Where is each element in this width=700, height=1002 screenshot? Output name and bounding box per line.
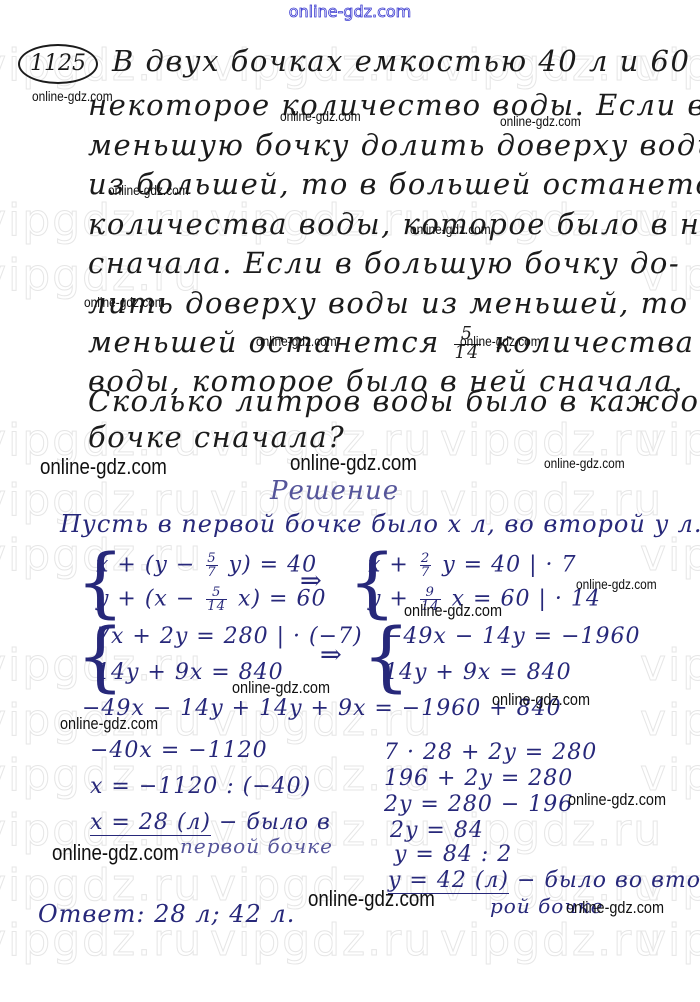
watermark-label: online-gdz.com <box>108 182 189 198</box>
watermark-label: online-gdz.com <box>52 840 179 866</box>
step-line: −40x = −1120 <box>90 738 268 763</box>
watermark-label: online-gdz.com <box>566 898 664 918</box>
watermark-label: online-gdz.com <box>256 333 337 349</box>
fraction: 27 <box>420 552 431 579</box>
watermark-label: online-gdz.com <box>84 294 165 310</box>
system1-eq2: y + (x − 514 x) = 60 <box>96 586 326 613</box>
watermark-text: vipgdz.ru <box>640 695 700 746</box>
x-result-line: x = 28 (л) − было в <box>90 810 331 835</box>
watermark-label: online-gdz.com <box>308 886 435 912</box>
watermark-label: online-gdz.com <box>500 113 581 129</box>
equation-part: x + (y − <box>96 553 195 578</box>
step-line: 2y = 280 − 196 <box>384 792 573 817</box>
problem-line: лить доверху воды из меньшей, то в <box>88 286 700 320</box>
problem-line: меньшую бочку долить доверху воды <box>88 128 700 162</box>
fraction-numerator: 5 <box>206 586 227 600</box>
watermark-text: vipgdz.ru <box>640 915 700 966</box>
step-line: 196 + 2y = 280 <box>384 766 573 791</box>
x-result: x = 28 (л) <box>90 810 211 836</box>
step-line: 7 · 28 + 2y = 280 <box>384 740 597 765</box>
system1-eq1: x + (y − 57 y) = 40 <box>96 552 317 579</box>
fraction-denominator: 7 <box>206 566 217 579</box>
watermark-text: vipgdz.ru <box>640 640 700 691</box>
watermark-label: online-gdz.com <box>410 221 491 237</box>
watermark-label: online-gdz.com <box>290 450 417 476</box>
fraction-denominator: 14 <box>206 600 227 613</box>
x-note-continuation: первой бочке <box>180 834 333 858</box>
watermark-label: online-gdz.com <box>576 576 657 592</box>
problem-line: меньшей останется 5 14 количества <box>88 325 694 362</box>
problem-line: Сколько литров воды было в каждой <box>88 384 700 418</box>
system4-eq1: −49x − 14y = −1960 <box>384 624 641 649</box>
textbook-solution-page: vipgdz.ru vipgdz.ru vipgdz.ru vipgdz.ru … <box>0 0 700 1002</box>
fraction: 514 <box>206 586 227 613</box>
y-note: − было во вто- <box>517 868 700 893</box>
fraction-numerator: 9 <box>420 586 441 600</box>
watermark-label: online-gdz.com <box>460 333 541 349</box>
watermark-label: online-gdz.com <box>60 714 158 734</box>
watermark-text: vipgdz.ru <box>440 915 663 966</box>
x-note: − было в <box>219 810 331 835</box>
step-line: y = 84 : 2 <box>394 842 512 867</box>
step-line: x = −1120 : (−40) <box>90 774 311 799</box>
site-link[interactable]: online-gdz.com <box>0 2 700 21</box>
watermark-label: online-gdz.com <box>32 88 113 104</box>
implies-arrow: ⇒ <box>300 566 323 596</box>
problem-line: количества воды, которое было в ней <box>88 207 700 241</box>
fraction-numerator: 2 <box>420 552 431 566</box>
fraction: 57 <box>206 552 217 579</box>
equation-part: y = 40 | · 7 <box>442 553 576 578</box>
equation-part: y + (x − <box>96 587 195 612</box>
system4-eq2: 14y + 9x = 840 <box>384 660 572 685</box>
problem-line: бочке сначала? <box>88 420 345 454</box>
watermark-label: online-gdz.com <box>404 601 502 621</box>
fraction-denominator: 7 <box>420 566 431 579</box>
problem-line: сначала. Если в большую бочку до- <box>88 246 680 280</box>
watermark-label: online-gdz.com <box>492 690 590 710</box>
problem-line: некоторое количество воды. Если в <box>88 88 700 122</box>
equation-part: x + <box>368 553 409 578</box>
problem-line: В двух бочках емкостью 40 л и 60 л было <box>112 44 700 78</box>
task-number-badge: 1125 <box>18 44 98 84</box>
answer-line: Ответ: 28 л; 42 л. <box>38 900 295 928</box>
watermark-label: online-gdz.com <box>568 790 666 810</box>
watermark-text: vipgdz.ru <box>640 415 700 466</box>
solution-intro: Пусть в первой бочке было x л, во второй… <box>60 510 700 538</box>
fraction-numerator: 5 <box>206 552 217 566</box>
watermark-label: online-gdz.com <box>232 678 330 698</box>
watermark-label: online-gdz.com <box>544 455 625 471</box>
watermark-label: online-gdz.com <box>280 108 361 124</box>
step-line: 2y = 84 <box>390 818 484 843</box>
system2-eq1: x + 27 y = 40 | · 7 <box>368 552 576 579</box>
solution-heading: Решение <box>270 476 399 506</box>
watermark-label: online-gdz.com <box>40 454 167 480</box>
equation-part: y + <box>368 587 409 612</box>
implies-arrow: ⇒ <box>320 640 343 670</box>
